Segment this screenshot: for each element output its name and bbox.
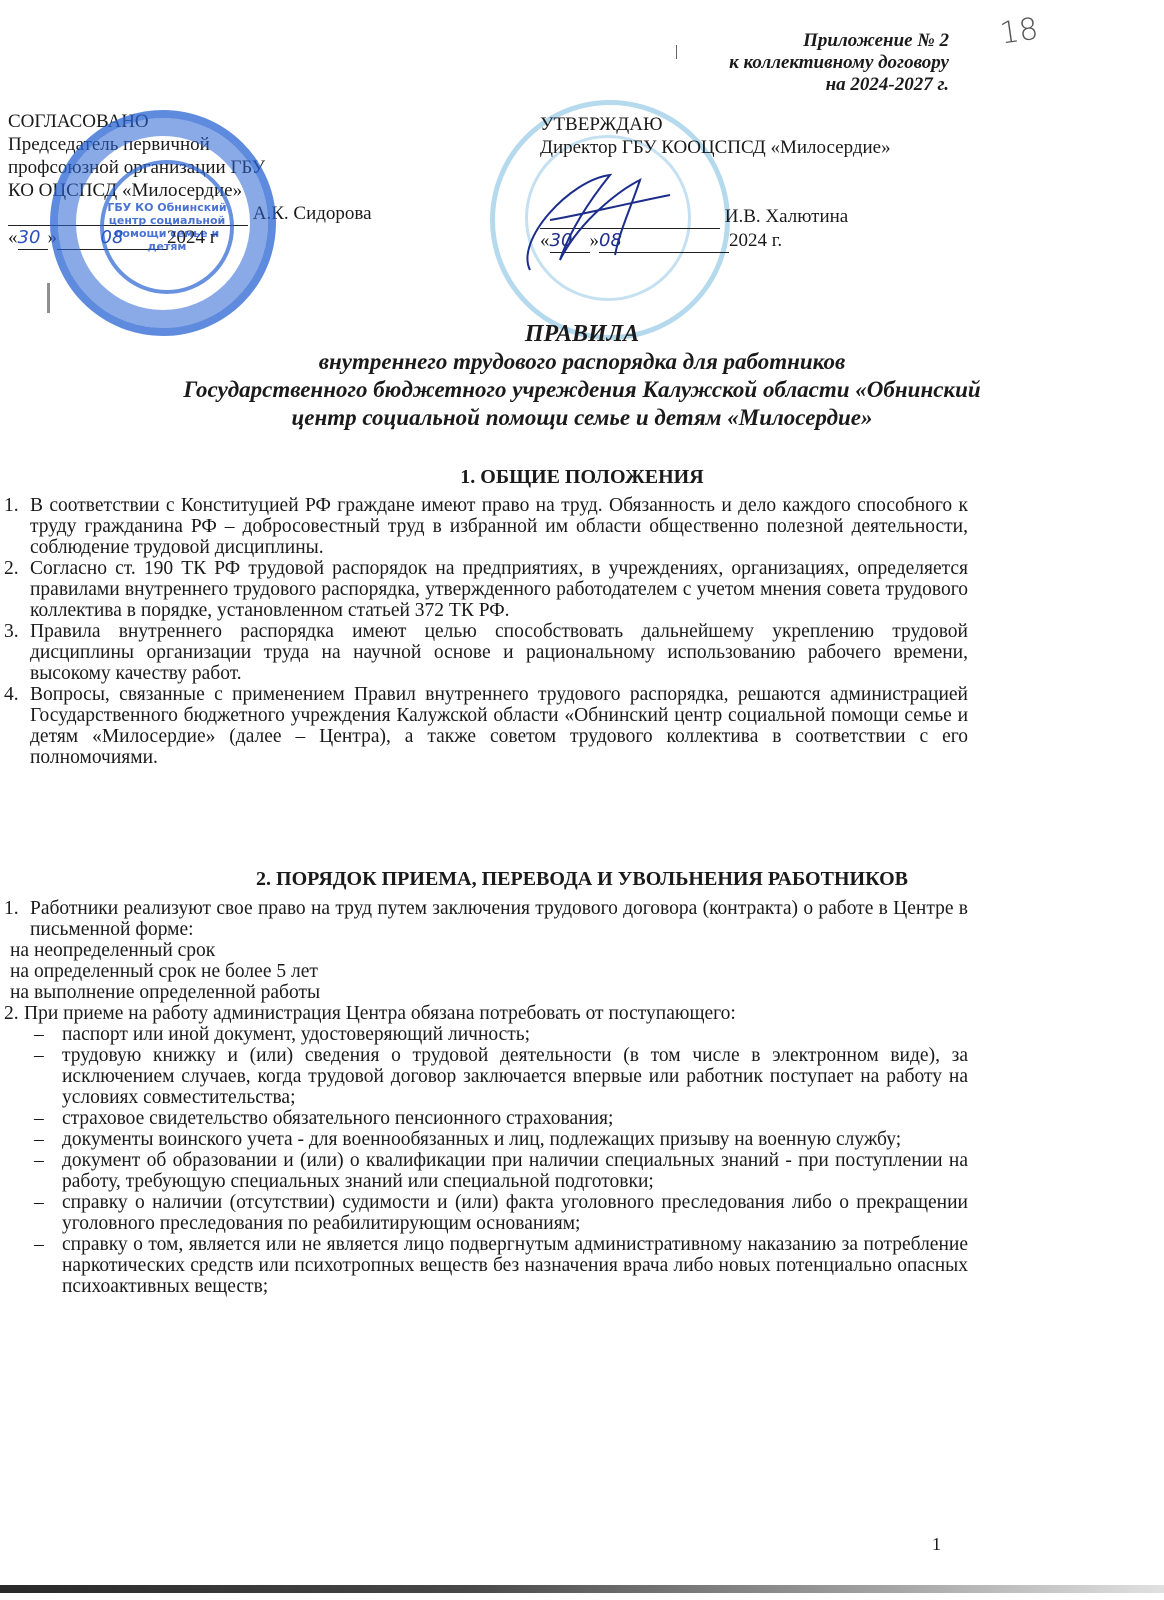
item-text: Правила внутреннего распорядка имеют цел…	[30, 621, 968, 684]
document-text: справку о том, является или не является …	[62, 1234, 968, 1297]
section-2-heading: 2. ПОРЯДОК ПРИЕМА, ПЕРЕВОДА И УВОЛЬНЕНИЯ…	[0, 868, 1164, 891]
page-number: 1	[932, 1534, 941, 1555]
dash-bullet: –	[34, 1150, 44, 1171]
document-text: паспорт или иной документ, удостоверяющи…	[62, 1024, 530, 1045]
contract-type: на определенный срок не более 5 лет	[4, 961, 968, 982]
required-document: –трудовую книжку и (или) сведения о труд…	[4, 1045, 968, 1108]
required-document: –страховое свидетельство обязательного п…	[4, 1108, 968, 1129]
item-text: Согласно ст. 190 ТК РФ трудовой распоряд…	[30, 558, 968, 621]
item-number: 2.	[4, 1003, 19, 1024]
required-document: –документ об образовании и (или) о квали…	[4, 1150, 968, 1192]
section-1-heading: 1. ОБЩИЕ ПОЛОЖЕНИЯ	[0, 466, 1164, 489]
title-main: ПРАВИЛА	[0, 320, 1164, 348]
section-1-item: 4.Вопросы, связанные с применением Прави…	[4, 684, 968, 768]
dash-bullet: –	[34, 1234, 44, 1255]
approved-title: УТВЕРЖДАЮ	[540, 113, 960, 136]
approved-position: Директор ГБУ КООЦСПСД «Милосердие»	[540, 136, 960, 159]
item-number: 4.	[4, 684, 19, 705]
scan-mark	[676, 45, 677, 59]
dash-bullet: –	[34, 1108, 44, 1129]
quote-open: «	[8, 227, 18, 248]
round-stamp-trade-union: ГБУ КО Обнинский центр социальной помощи…	[50, 110, 276, 336]
document-title: ПРАВИЛА внутреннего трудового распорядка…	[0, 320, 1164, 432]
director-signature	[510, 160, 680, 280]
item-text: При приеме на работу администрация Центр…	[24, 1003, 736, 1024]
section-1-item: 2.Согласно ст. 190 ТК РФ трудовой распор…	[4, 558, 968, 621]
document-text: справку о наличии (отсутствии) судимости…	[62, 1192, 968, 1234]
dash-bullet: –	[34, 1045, 44, 1066]
document-text: документ об образовании и (или) о квалиф…	[62, 1150, 968, 1192]
appendix-number: Приложение № 2	[729, 30, 949, 52]
section-2-content: 1.Работники реализуют свое право на труд…	[4, 898, 968, 1297]
appendix-reference: к коллективному договору	[729, 52, 949, 74]
appendix-header: Приложение № 2 к коллективному договору …	[729, 30, 949, 96]
required-document: –справку о наличии (отсутствии) судимост…	[4, 1192, 968, 1234]
scan-mark	[47, 283, 50, 313]
item-number: 3.	[4, 621, 19, 642]
section-2-item: 2.При приеме на работу администрация Цен…	[4, 1003, 968, 1024]
section-2-item: 1.Работники реализуют свое право на труд…	[4, 898, 968, 940]
date-year: 2024 г.	[729, 230, 782, 251]
section-1-content: 1.В соответствии с Конституцией РФ гражд…	[4, 495, 968, 768]
document-text: трудовую книжку и (или) сведения о трудо…	[62, 1045, 968, 1108]
item-text: Работники реализуют свое право на труд п…	[30, 898, 968, 940]
dash-bullet: –	[34, 1024, 44, 1045]
item-text: В соответствии с Конституцией РФ граждан…	[30, 495, 968, 558]
document-page: Приложение № 2 к коллективному договору …	[0, 0, 1164, 1600]
approved-signatory: И.В. Халютина	[725, 206, 848, 227]
contract-type: на неопределенный срок	[4, 940, 968, 961]
section-1-item: 3.Правила внутреннего распорядка имеют ц…	[4, 621, 968, 684]
dash-bullet: –	[34, 1129, 44, 1150]
dash-bullet: –	[34, 1192, 44, 1213]
scan-edge-shadow	[0, 1585, 1164, 1593]
section-1-item: 1.В соответствии с Конституцией РФ гражд…	[4, 495, 968, 558]
document-text: страховое свидетельство обязательного пе…	[62, 1108, 613, 1129]
appendix-period: на 2024-2027 г.	[729, 74, 949, 96]
document-text: документы воинского учета - для военнооб…	[62, 1129, 901, 1150]
title-sub-2: Государственного бюджетного учреждения К…	[0, 376, 1164, 404]
title-sub-1: внутреннего трудового распорядка для раб…	[0, 348, 1164, 376]
handwritten-page-number: 18	[998, 12, 1041, 52]
title-sub-3: центр социальной помощи семье и детям «М…	[0, 404, 1164, 432]
required-document: –справку о том, является или не является…	[4, 1234, 968, 1297]
item-number: 2.	[4, 558, 19, 579]
stamp-center-text: ГБУ КО Обнинский центр социальной помощи…	[100, 160, 234, 294]
date-day: 30	[18, 226, 48, 250]
item-number: 1.	[4, 898, 19, 919]
required-document: –документы воинского учета - для военноо…	[4, 1129, 968, 1150]
item-text: Вопросы, связанные с применением Правил …	[30, 684, 968, 768]
item-number: 1.	[4, 495, 19, 516]
contract-type: на выполнение определенной работы	[4, 982, 968, 1003]
required-document: –паспорт или иной документ, удостоверяющ…	[4, 1024, 968, 1045]
